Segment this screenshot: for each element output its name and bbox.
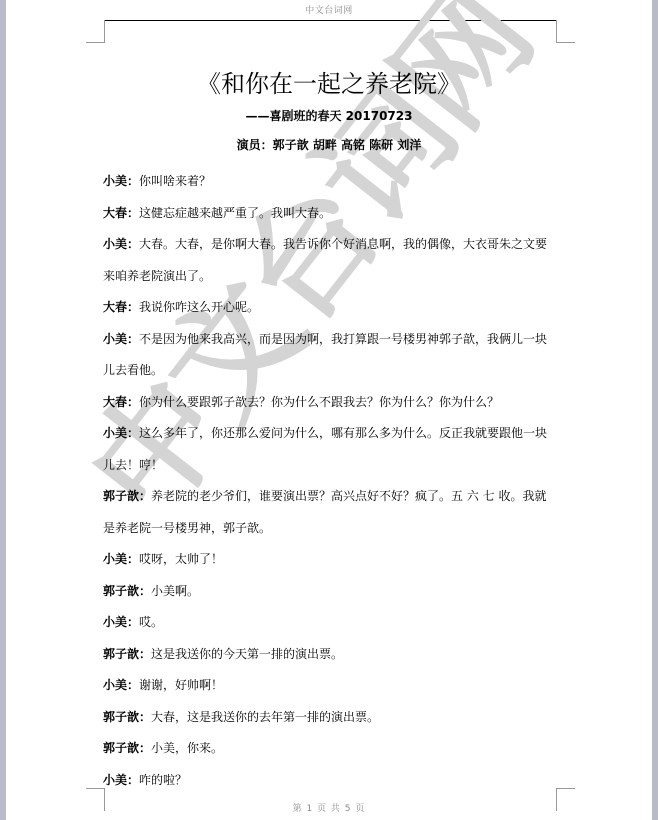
dialogue-line: 大春：我说你咋这么开心呢。: [103, 292, 555, 324]
dialogue-line: 小美：大春。大春，是你啊大春。我告诉你个好消息啊，我的偶像，大衣哥朱之文要来咱养…: [103, 229, 555, 292]
speaker-name: 大春：: [103, 300, 139, 314]
dialogue-line: 小美：哎。: [103, 607, 555, 639]
speaker-name: 郭子歆：: [103, 710, 151, 724]
page-header-site-name: 中文台词网: [0, 3, 658, 16]
dialogue-line: 小美：哎呀，太帅了！: [103, 544, 555, 576]
speaker-name: 小美：: [103, 615, 139, 629]
dialogue-text: 这健忘症越来越严重了。我叫大春。: [139, 206, 331, 220]
dialogue-line: 大春：这健忘症越来越严重了。我叫大春。: [103, 198, 555, 230]
cast-list: 演员：郭子歆 胡畔 高铭 陈研 刘洋: [0, 136, 658, 153]
dialogue-line: 大春：你为什么要跟郭子歆去？你为什么不跟我去？你为什么？你为什么？: [103, 387, 555, 419]
dialogue-line: 郭子歆：养老院的老少爷们，谁要演出票？高兴点好不好？疯了。五 六 七 收。我就是…: [103, 481, 555, 544]
dialogue-line: 小美：咋的啦？: [103, 765, 555, 797]
script-body: 小美：你叫啥来着？ 大春：这健忘症越来越严重了。我叫大春。 小美：大春。大春，是…: [103, 166, 555, 796]
document-subtitle: ——喜剧班的春天 20170723: [0, 107, 658, 124]
dialogue-text: 哎。: [139, 615, 163, 629]
dialogue-text: 这么多年了，你还那么爱问为什么，哪有那么多为什么。反正我就要跟他一块儿去！哼！: [103, 426, 547, 472]
margin-mark-top-left: [86, 20, 105, 43]
speaker-name: 郭子歆：: [103, 647, 151, 661]
speaker-name: 小美：: [103, 237, 139, 251]
dialogue-line: 郭子歆：大春，这是我送你的去年第一排的演出票。: [103, 702, 555, 734]
dialogue-line: 郭子歆：这是我送你的今天第一排的演出票。: [103, 639, 555, 671]
speaker-name: 大春：: [103, 206, 139, 220]
dialogue-line: 小美：谢谢，好帅啊！: [103, 670, 555, 702]
dialogue-text: 大春，这是我送你的去年第一排的演出票。: [151, 710, 379, 724]
document-title: 《和你在一起之养老院》: [0, 64, 658, 99]
speaker-name: 大春：: [103, 395, 139, 409]
speaker-name: 小美：: [103, 773, 139, 787]
speaker-name: 小美：: [103, 426, 139, 440]
dialogue-text: 谢谢，好帅啊！: [139, 678, 223, 692]
page-number-footer: 第 1 页 共 5 页: [0, 801, 658, 814]
dialogue-text: 你叫啥来着？: [139, 174, 211, 188]
dialogue-text: 不是因为他来我高兴，而是因为啊，我打算跟一号楼男神郭子歆，我俩儿一块儿去看他。: [103, 332, 547, 378]
header-rule: [104, 20, 556, 21]
speaker-name: 小美：: [103, 332, 139, 346]
dialogue-text: 哎呀，太帅了！: [139, 552, 223, 566]
dialogue-text: 这是我送你的今天第一排的演出票。: [151, 647, 343, 661]
dialogue-line: 小美：你叫啥来着？: [103, 166, 555, 198]
dialogue-line: 小美：不是因为他来我高兴，而是因为啊，我打算跟一号楼男神郭子歆，我俩儿一块儿去看…: [103, 324, 555, 387]
speaker-name: 小美：: [103, 552, 139, 566]
speaker-name: 小美：: [103, 174, 139, 188]
dialogue-text: 大春。大春，是你啊大春。我告诉你个好消息啊，我的偶像，大衣哥朱之文要来咱养老院演…: [103, 237, 547, 283]
dialogue-line: 小美：这么多年了，你还那么爱问为什么，哪有那么多为什么。反正我就要跟他一块儿去！…: [103, 418, 555, 481]
dialogue-line: 郭子歆：小美啊。: [103, 576, 555, 608]
speaker-name: 郭子歆：: [103, 741, 151, 755]
margin-mark-top-right: [556, 20, 575, 43]
dialogue-text: 我说你咋这么开心呢。: [139, 300, 259, 314]
dialogue-text: 小美啊。: [151, 584, 199, 598]
speaker-name: 郭子歆：: [103, 489, 151, 503]
speaker-name: 小美：: [103, 678, 139, 692]
dialogue-text: 你为什么要跟郭子歆去？你为什么不跟我去？你为什么？你为什么？: [139, 395, 499, 409]
dialogue-text: 养老院的老少爷们，谁要演出票？高兴点好不好？疯了。五 六 七 收。我就是养老院一…: [103, 489, 546, 535]
dialogue-text: 咋的啦？: [139, 773, 187, 787]
speaker-name: 郭子歆：: [103, 584, 151, 598]
dialogue-text: 小美，你来。: [151, 741, 223, 755]
dialogue-line: 郭子歆：小美，你来。: [103, 733, 555, 765]
